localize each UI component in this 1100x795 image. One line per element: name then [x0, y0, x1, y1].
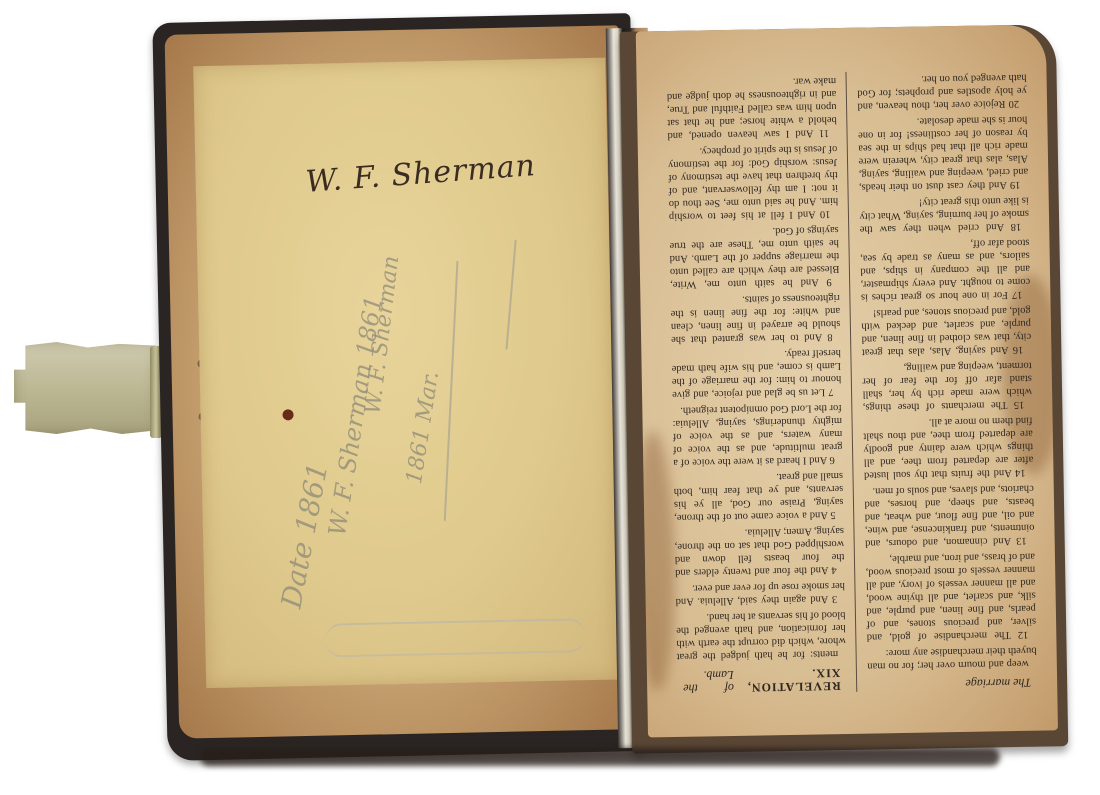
verse: ments: for he hath judged the great whor… [676, 608, 846, 663]
running-head-right: of the Lamb. [683, 668, 734, 695]
verse: 11 And I saw heaven opened, and behold a… [667, 74, 838, 142]
pencil-stroke [444, 261, 459, 521]
pencil-note: 1861 Mar. [402, 370, 444, 486]
text-column: REVELATION, XIX. of the Lamb. ments: for… [666, 72, 846, 695]
brass-clasp [14, 342, 156, 434]
book-shadow [200, 748, 1000, 766]
text-column: The marriage weep and mourn over her; fo… [857, 69, 1037, 692]
running-head-left: The marriage [965, 676, 1031, 690]
verse: 3 And again they said, Alleluia. And her… [675, 579, 845, 608]
verse: 16 And saying, Alas, alas that great cit… [861, 304, 1031, 359]
verse: 15 The merchants of these things, which … [862, 359, 1032, 414]
foxing-stain [636, 431, 678, 692]
ink-signature: W. F. Sherman [305, 148, 537, 200]
verse: 12 The merchandise of gold, and silver, … [865, 550, 1036, 644]
verse: 9 And he saith unto me, Write, Blessed a… [669, 223, 840, 291]
book-photo: W. F. Sherman Date 1861 W. F. Sherman 18… [0, 0, 1100, 795]
pencil-scribble [325, 618, 586, 657]
front-cover: W. F. Sherman Date 1861 W. F. Sherman 18… [152, 13, 645, 761]
bible-page: The marriage weep and mourn over her; fo… [636, 24, 1058, 737]
verse: 17 For in one hour so great riches is co… [860, 236, 1031, 304]
inner-pastedown: W. F. Sherman Date 1861 W. F. Sherman 18… [193, 58, 618, 688]
verse: 7 Let us be glad and rejoice, and give h… [671, 346, 841, 401]
upside-down-text: The marriage weep and mourn over her; fo… [666, 69, 1037, 695]
pencil-stroke [505, 240, 516, 350]
rust-spot [282, 409, 293, 420]
running-head: REVELATION, XIX. of the Lamb. [677, 666, 847, 695]
verse: 18 And cried when they saw the smoke of … [859, 194, 1029, 236]
verse: 13 And cinnamon, and odours, and ointmen… [864, 482, 1035, 550]
column-rule [846, 72, 858, 692]
verse: 4 And the four and twenty elders and the… [674, 524, 844, 579]
verse: 5 And a voice came out of the throne, sa… [673, 469, 843, 524]
text-block: The marriage weep and mourn over her; fo… [620, 24, 1069, 753]
pencil-note: Date 1861 [275, 460, 335, 611]
running-head: The marriage [868, 676, 1038, 692]
verse: 19 And they cast dust on their heads, an… [858, 113, 1029, 194]
verse: weep and mourn over her; for no man buye… [867, 644, 1037, 673]
verse: 6 And I heard as it were the voice of a … [672, 401, 843, 469]
verse: 8 And to her was granted that she should… [670, 291, 840, 346]
verse: 10 And I fell at his feet to worship him… [668, 142, 839, 223]
running-head-center: REVELATION, XIX. [734, 666, 841, 694]
verse: 20 Rejoice over her, thou heaven, and ye… [857, 71, 1027, 113]
verse: 14 And the fruits that thy soul lusted a… [863, 414, 1034, 482]
